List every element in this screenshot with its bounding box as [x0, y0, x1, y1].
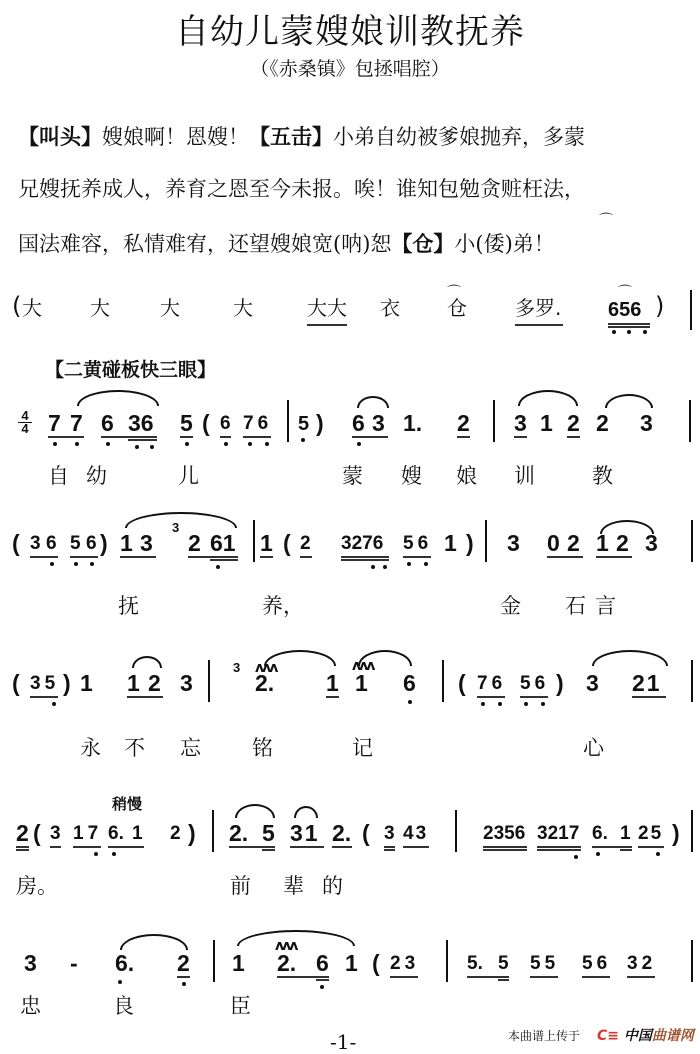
- barline: [287, 400, 289, 442]
- underline: [638, 846, 664, 848]
- barline: [212, 810, 214, 852]
- note: 5: [262, 822, 275, 845]
- low-dot: [541, 702, 545, 706]
- note: 25: [638, 824, 663, 843]
- underline: [620, 849, 632, 851]
- slur: [518, 390, 578, 406]
- underline: [188, 556, 238, 558]
- note: 3: [645, 532, 658, 555]
- perc-item: 大: [90, 298, 110, 318]
- dash: -: [70, 952, 78, 975]
- page-number: -1-: [330, 1030, 356, 1054]
- note: 2: [148, 672, 161, 695]
- note: 5: [298, 414, 309, 434]
- slur: [235, 804, 275, 818]
- note: 1: [355, 672, 368, 695]
- barline: [691, 520, 693, 562]
- note: 56: [582, 954, 611, 973]
- note: 5.: [467, 954, 483, 973]
- note: 5: [498, 954, 509, 973]
- underline: [592, 846, 632, 848]
- note: 3: [140, 532, 153, 555]
- note: 6: [316, 952, 329, 975]
- low-dot: [574, 855, 578, 859]
- underline: [210, 559, 238, 561]
- perc-item: 大: [22, 298, 42, 318]
- note: 1: [620, 824, 631, 843]
- note: 1.: [403, 412, 422, 435]
- underline: [632, 696, 666, 698]
- note: 55: [530, 954, 559, 973]
- paren: (: [12, 672, 20, 695]
- low-dot: [596, 852, 600, 856]
- underline: [16, 849, 29, 851]
- underline: [290, 846, 324, 848]
- low-dot: [408, 700, 412, 704]
- underline: [307, 324, 347, 326]
- lyric: 记: [352, 738, 373, 759]
- lyric: 忘: [180, 738, 201, 759]
- low-dot: [75, 442, 79, 446]
- note: 43: [403, 824, 428, 843]
- low-dot: [216, 565, 220, 569]
- note: 3: [586, 672, 599, 695]
- underline: [537, 849, 581, 851]
- slur: [294, 806, 318, 818]
- underline: [108, 846, 144, 848]
- low-dot: [424, 562, 428, 566]
- underline: [101, 436, 157, 438]
- note: 3: [180, 672, 193, 695]
- note: 17: [73, 824, 102, 843]
- low-dot: [383, 565, 387, 569]
- underline: [384, 846, 395, 848]
- lyric: 永: [80, 738, 101, 759]
- underline: [326, 696, 339, 698]
- underline: [498, 979, 509, 981]
- barline: [485, 520, 487, 562]
- low-dot: [112, 852, 116, 856]
- underline: [627, 976, 655, 978]
- low-dot: [357, 442, 361, 446]
- underline: [352, 436, 388, 438]
- underline: [120, 556, 156, 558]
- lyric: 儿: [178, 466, 199, 487]
- note: 35: [30, 674, 59, 693]
- note: 2: [596, 412, 609, 435]
- score-line-5: 3 - 6. 2 1 ʌʌʌ 2. 6 1 ( 23 5. 5 55 56 32…: [0, 930, 700, 1030]
- prose-text: 小(: [454, 232, 483, 256]
- slur: [264, 650, 336, 666]
- note: 1: [80, 672, 93, 695]
- underline: [316, 979, 329, 981]
- paren: (: [372, 952, 380, 975]
- note: 6: [352, 412, 365, 435]
- lyric: 养，: [262, 596, 304, 617]
- prose-text: 倭: [484, 232, 505, 256]
- underline: [515, 324, 563, 326]
- low-dot: [118, 980, 122, 984]
- note: 3: [507, 532, 520, 555]
- note: 2: [567, 412, 580, 435]
- low-dot: [52, 702, 56, 706]
- note: 21: [632, 672, 662, 695]
- underline: [262, 849, 275, 851]
- low-dot: [643, 330, 647, 334]
- note: 3: [514, 412, 527, 435]
- lyric: 嫂: [401, 466, 422, 487]
- underline: [30, 556, 58, 558]
- grace-note: 3: [172, 520, 179, 535]
- note: 6: [86, 534, 97, 553]
- barline: [213, 940, 215, 982]
- perc-item: 656: [608, 300, 641, 320]
- low-dot: [50, 562, 54, 566]
- note: 2.: [332, 822, 351, 845]
- note: 2.: [255, 672, 274, 695]
- underline: [467, 976, 509, 978]
- underline: [260, 556, 273, 558]
- note: 6: [220, 414, 231, 433]
- underline: [73, 846, 101, 848]
- underline: [520, 696, 548, 698]
- prose-text: 国法难容，私情难宥，还望嫂娘宽(呐)恕: [18, 232, 391, 256]
- prose-line-2: 兄嫂抚养成人，养育之恩至今未报。唉！谁知包勉贪赃枉法，: [18, 173, 585, 203]
- underline: [300, 556, 312, 558]
- underline: [341, 559, 389, 561]
- paren: (: [12, 532, 20, 555]
- low-dot: [498, 702, 502, 706]
- note: 23: [390, 954, 419, 973]
- lyric: 自: [48, 466, 69, 487]
- logo-mark-icon: C≡: [597, 1028, 619, 1044]
- lyric: 教: [592, 466, 613, 487]
- low-dot: [94, 852, 98, 856]
- underline: [341, 556, 389, 558]
- prose-line-1: 【叫头】嫂娘啊！恩嫂！【五击】小弟自幼被爹娘抛弃，多蒙: [18, 121, 585, 151]
- paren: (: [33, 822, 41, 845]
- paren: (: [362, 822, 370, 845]
- underline: [332, 846, 352, 848]
- barline: [689, 400, 691, 442]
- note: 6: [101, 412, 114, 435]
- note: 1: [596, 532, 609, 555]
- note: 0: [547, 532, 560, 555]
- underline: [50, 846, 61, 848]
- underline: [483, 849, 527, 851]
- low-dot: [265, 442, 269, 446]
- barline: [442, 660, 444, 702]
- low-dot: [248, 442, 252, 446]
- perc-item: 大: [160, 298, 180, 318]
- note: 3: [372, 412, 385, 435]
- note: 31: [290, 822, 320, 845]
- note: 6.: [115, 952, 134, 975]
- low-dot: [524, 702, 528, 706]
- note: 2.: [277, 952, 296, 975]
- barline: [455, 810, 457, 852]
- slur: [132, 656, 162, 668]
- note: 56: [403, 534, 432, 553]
- note: 3: [30, 534, 41, 553]
- slur: [357, 396, 389, 408]
- underline: [127, 696, 163, 698]
- slur: [358, 650, 412, 666]
- score-line-4: 2 ( 3 17 6. 1 2 ) 2. 5 31 2. ( 3 43 2356…: [0, 800, 700, 910]
- prose-text: 小弟自幼被爹娘抛弃，多蒙: [333, 125, 585, 149]
- note: 6: [46, 534, 57, 553]
- note: 7: [48, 412, 61, 435]
- lyric: 不: [124, 738, 145, 759]
- section-tag: 【二黄碰板快三眼】: [45, 355, 216, 382]
- low-dot: [185, 442, 189, 446]
- note: 5: [180, 412, 193, 435]
- paren: (: [202, 412, 210, 435]
- underline: [567, 436, 580, 438]
- paren: (: [283, 532, 291, 555]
- page-subtitle: （《赤桑镇》包拯唱腔）: [0, 54, 700, 81]
- logo-text-b: 曲谱网: [652, 1028, 694, 1044]
- perc-item: 多罗.: [515, 298, 561, 318]
- time-sig-bottom: 4: [18, 422, 32, 435]
- lyric: 幼: [86, 466, 107, 487]
- low-dot: [371, 565, 375, 569]
- lyric: 臣: [230, 996, 251, 1017]
- paren: (: [458, 672, 466, 695]
- underline: [277, 976, 329, 978]
- barline: [446, 940, 448, 982]
- lyric: 心: [583, 738, 604, 759]
- paren: ): [188, 822, 196, 845]
- low-dot: [407, 562, 411, 566]
- logo-text-a: 中国: [624, 1028, 652, 1044]
- lyric: 铭: [252, 738, 273, 759]
- note: 2: [616, 532, 629, 555]
- lyric: 辈: [283, 876, 304, 897]
- prose-text: 嫂娘啊！恩嫂！: [102, 125, 249, 149]
- paren: ): [316, 412, 324, 435]
- low-dot: [301, 438, 305, 442]
- perc-item: 大大: [307, 298, 347, 318]
- prose-line-3: 国法难容，私情难宥，还望嫂娘宽(呐)恕【仓】小(倭)弟！: [18, 228, 555, 258]
- perc-item: 仓: [447, 298, 467, 318]
- lyric: 忠: [20, 996, 41, 1017]
- low-dot: [182, 982, 186, 986]
- note: 1: [127, 672, 140, 695]
- underline: [229, 846, 275, 848]
- cue-jiaotou: 【叫头】: [18, 124, 102, 149]
- page-title: 自幼儿蒙嫂娘训教抚养: [0, 4, 700, 53]
- note: 6.: [108, 824, 124, 843]
- note: 36: [128, 412, 154, 435]
- note: 5: [70, 534, 81, 553]
- lyric: 房。: [16, 876, 58, 897]
- paren: ): [100, 532, 108, 555]
- percussion-line: ( 大 大 大 大 大大 衣 ⌒ 仓 多罗. ⌒ 656 ): [0, 290, 700, 330]
- note: 2356: [483, 824, 525, 843]
- fermata-icon: ⌒: [599, 210, 613, 230]
- lyric: 的: [322, 876, 343, 897]
- cue-wuji: 【五击】: [249, 124, 333, 149]
- low-dot: [481, 702, 485, 706]
- lyric: 前: [230, 876, 251, 897]
- note: 2: [170, 824, 181, 843]
- score-line-3: ( 35 ) 1 1 2 3 3 ʌʌʌ 2. 1 ʌʌʌ 1 6 ( 76 5…: [0, 650, 700, 765]
- underline: [537, 846, 581, 848]
- underline: [608, 323, 650, 325]
- low-dot: [53, 442, 57, 446]
- underline: [180, 436, 193, 438]
- lyric: 良: [113, 996, 134, 1017]
- barline: [691, 810, 693, 852]
- underline: [70, 556, 98, 558]
- note: 2: [16, 822, 29, 845]
- underline: [403, 846, 429, 848]
- barline: [690, 290, 692, 330]
- barline: [691, 660, 693, 702]
- note: 1: [326, 672, 339, 695]
- perc-item: 大: [233, 298, 253, 318]
- note: 3217: [537, 824, 579, 843]
- note: 7: [70, 412, 83, 435]
- lyric: 言: [595, 596, 616, 617]
- paren-close: ): [655, 294, 664, 318]
- underline: [608, 326, 650, 328]
- note: 1: [260, 532, 273, 555]
- barline: [208, 660, 210, 702]
- note: 2: [177, 952, 190, 975]
- underline: [547, 556, 583, 558]
- slur: [77, 390, 159, 406]
- paren: ): [466, 532, 474, 555]
- underline: [403, 556, 431, 558]
- paren: ): [556, 672, 564, 695]
- upload-note: 本曲谱上传于: [508, 1027, 580, 1044]
- note: 1: [232, 952, 245, 975]
- low-dot: [224, 442, 228, 446]
- slur: [605, 394, 653, 408]
- note: 76: [243, 414, 272, 433]
- note: 3: [24, 952, 37, 975]
- note: 2: [300, 534, 311, 553]
- site-logo[interactable]: C≡ 中国曲谱网: [597, 1025, 694, 1045]
- barline: [253, 520, 255, 562]
- barline: [691, 940, 693, 982]
- underline: [390, 976, 418, 978]
- note: 1: [444, 532, 457, 555]
- low-dot: [135, 445, 139, 449]
- low-dot: [90, 562, 94, 566]
- score-line-1: 4 4 7 7 6 36 5 ( 6 76 5 ) 6 3 1. 2 3 1 2…: [0, 390, 700, 500]
- low-dot: [320, 985, 324, 989]
- low-dot: [106, 442, 110, 446]
- note: 3: [384, 824, 395, 843]
- note: 76: [477, 674, 506, 693]
- lyric: 蒙: [342, 466, 363, 487]
- underline: [48, 436, 84, 438]
- low-dot: [74, 562, 78, 566]
- lyric: 石: [565, 596, 586, 617]
- paren: ): [63, 672, 71, 695]
- underline: [582, 976, 610, 978]
- note: 1: [120, 532, 133, 555]
- note: 3276: [341, 534, 383, 553]
- underline: [477, 696, 505, 698]
- low-dot: [656, 852, 660, 856]
- underline: [530, 976, 558, 978]
- perc-item: 衣: [380, 298, 400, 318]
- cue-cang: 【仓】: [391, 231, 454, 256]
- note: 3: [50, 824, 61, 843]
- note: 2: [457, 412, 470, 435]
- score-line-2: ( 3 6 5 6 ) 1 3 3 2 61 1 ( 2 3276 56 1 )…: [0, 510, 700, 625]
- low-dot: [150, 445, 154, 449]
- underline: [457, 436, 470, 438]
- underline: [483, 846, 527, 848]
- note: 32: [627, 954, 656, 973]
- lyric: 金: [500, 596, 521, 617]
- note: 3: [640, 412, 653, 435]
- note: 6: [403, 672, 416, 695]
- underline: [384, 849, 395, 851]
- barline: [493, 400, 495, 442]
- underline: [177, 976, 190, 978]
- slur: [125, 512, 237, 528]
- underline: [243, 436, 271, 438]
- underline: [16, 846, 29, 848]
- note: 1: [132, 824, 143, 843]
- underline: [30, 696, 58, 698]
- lyric: 娘: [456, 466, 477, 487]
- prose-text: )弟！: [505, 232, 555, 256]
- note: 1: [540, 412, 553, 435]
- note: 2: [567, 532, 580, 555]
- low-dot: [627, 330, 631, 334]
- slur: [120, 934, 188, 950]
- note: 6.: [592, 824, 608, 843]
- lyric: 训: [514, 466, 535, 487]
- note: 61: [210, 532, 236, 555]
- lyric: 抚: [118, 596, 139, 617]
- note: 1: [345, 952, 358, 975]
- slur: [592, 650, 668, 666]
- note: 56: [520, 674, 549, 693]
- underline: [514, 436, 527, 438]
- underline: [128, 439, 157, 441]
- paren: ): [672, 822, 680, 845]
- note: 2.: [229, 822, 248, 845]
- underline: [220, 436, 231, 438]
- grace-note: 3: [233, 660, 240, 675]
- underline: [596, 556, 632, 558]
- note: 2: [188, 532, 201, 555]
- paren-open: (: [12, 294, 21, 318]
- low-dot: [612, 330, 616, 334]
- time-signature: 4 4: [18, 410, 32, 435]
